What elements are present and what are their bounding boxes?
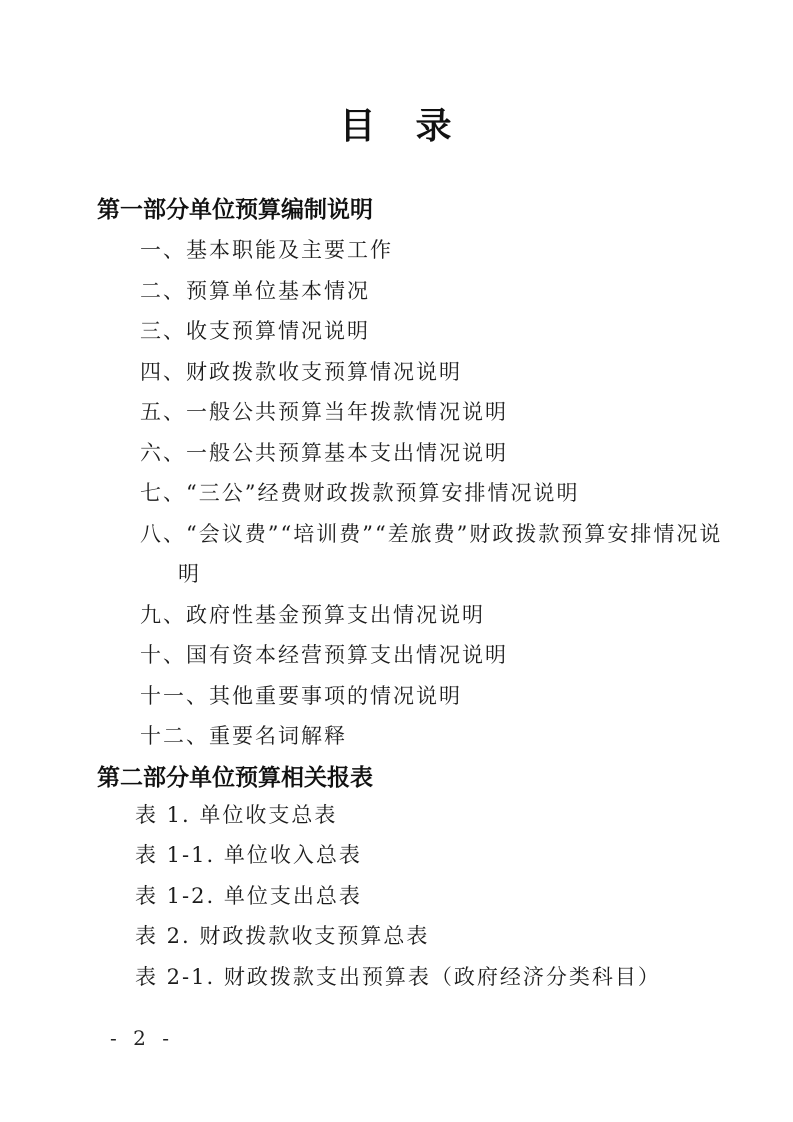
toc-list-part1: 一、基本职能及主要工作 二、预算单位基本情况 三、收支预算情况说明 四、财政拨款… — [0, 230, 793, 757]
section-heading-part2: 第二部分单位预算相关报表 — [97, 762, 793, 792]
page-number: - 2 - — [110, 1026, 174, 1050]
toc-item: 三、收支预算情况说明 — [140, 311, 725, 352]
toc-item: 二、预算单位基本情况 — [140, 271, 725, 312]
toc-item: 表 1-1. 单位收入总表 — [135, 835, 720, 876]
toc-item: 表 2-1. 财政拨款支出预算表（政府经济分类科目） — [135, 957, 720, 998]
toc-item: 四、财政拨款收支预算情况说明 — [140, 352, 725, 393]
toc-item: 八、“会议费”“培训费”“差旅费”财政拨款预算安排情况说明 — [140, 514, 725, 595]
toc-item: 七、“三公”经费财政拨款预算安排情况说明 — [140, 473, 725, 514]
toc-item: 九、政府性基金预算支出情况说明 — [140, 595, 725, 636]
section-heading-part1: 第一部分单位预算编制说明 — [97, 194, 793, 224]
toc-item: 表 1. 单位收支总表 — [135, 795, 720, 836]
document-page: 目 录 第一部分单位预算编制说明 一、基本职能及主要工作 二、预算单位基本情况 … — [0, 0, 793, 1122]
toc-item: 六、一般公共预算基本支出情况说明 — [140, 433, 725, 474]
toc-item: 十二、重要名词解释 — [140, 716, 725, 757]
document-title: 目 录 — [0, 0, 793, 150]
toc-list-part2: 表 1. 单位收支总表 表 1-1. 单位收入总表 表 1-2. 单位支出总表 … — [0, 795, 793, 998]
toc-item: 五、一般公共预算当年拨款情况说明 — [140, 392, 725, 433]
toc-item: 十、国有资本经营预算支出情况说明 — [140, 635, 725, 676]
toc-item: 十一、其他重要事项的情况说明 — [140, 676, 725, 717]
toc-item: 表 2. 财政拨款收支预算总表 — [135, 916, 720, 957]
toc-item: 一、基本职能及主要工作 — [140, 230, 725, 271]
toc-item: 表 1-2. 单位支出总表 — [135, 876, 720, 917]
